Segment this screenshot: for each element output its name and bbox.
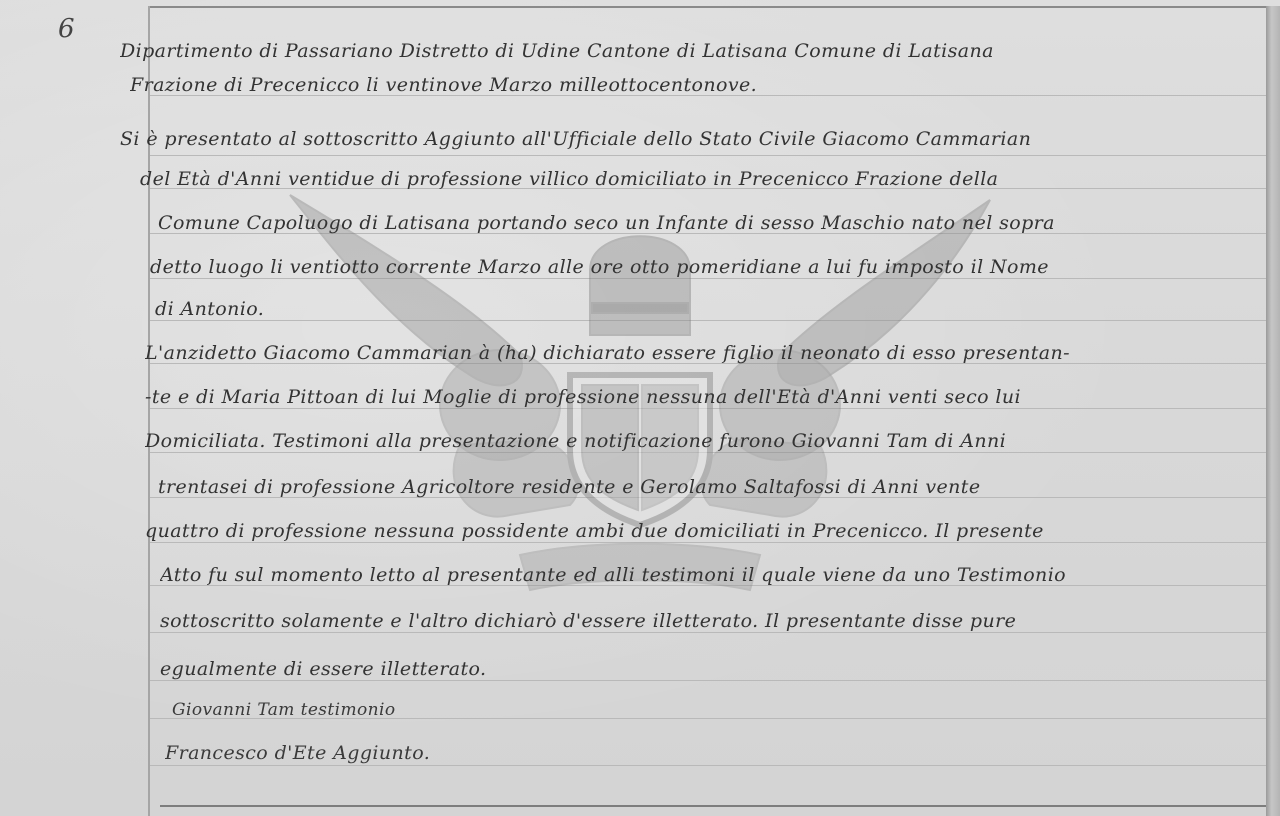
text-line-8: L'anzidetto Giacomo Cammarian à (ha) dic… [145,342,1275,380]
record-number: 6 [58,14,75,44]
text-line-13: Atto fu sul momento letto al presentante… [160,564,1280,602]
bottom-rule [160,805,1266,807]
text-line-12: quattro di professione nessuna possident… [145,520,1275,558]
text-line-5: Comune Capoluogo di Latisana portando se… [158,212,1280,250]
text-line-14: sottoscritto solamente e l'altro dichiar… [160,610,1280,648]
text-line-15: egualmente di essere illetterato. [160,658,1280,696]
text-line-2: Frazione di Precenicco li ventinove Marz… [130,74,1260,112]
text-line-3: Si è presentato al sottoscritto Aggiunto… [120,128,1250,166]
text-line-4: del Età d'Anni ventidue di professione v… [140,168,1270,206]
text-line-9: -te e di Maria Pittoan di lui Moglie di … [145,386,1275,424]
text-line-11: trentasei di professione Agricoltore res… [158,476,1280,514]
text-line-6: detto luogo li ventiotto corrente Marzo … [150,256,1280,294]
document-page: ZAMARIAN 6 Dipartimento di Passariano Di… [0,0,1280,816]
text-line-7: di Antonio. [155,298,1280,336]
signature-witness: Giovanni Tam testimonio [172,700,1280,738]
top-rule [148,6,1266,8]
text-line-10: Domiciliata. Testimoni alla presentazion… [145,430,1275,468]
signature-official: Francesco d'Ete Aggiunto. [165,742,1280,780]
text-line-1: Dipartimento di Passariano Distretto di … [120,40,1250,78]
